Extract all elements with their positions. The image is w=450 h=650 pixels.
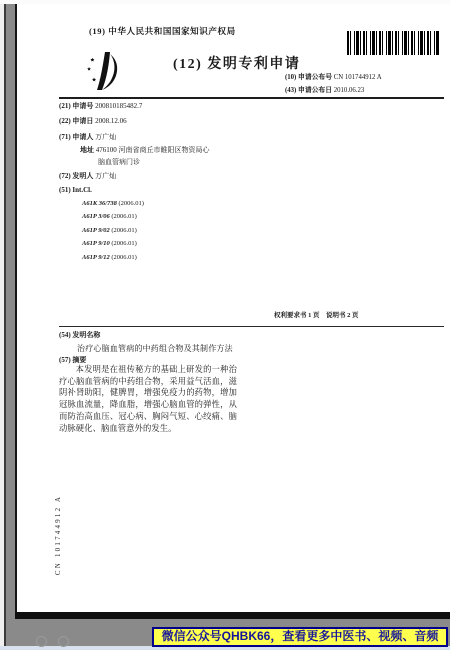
classification-code: A61P 3/06 xyxy=(82,213,110,220)
classification-version: (2006.01) xyxy=(118,200,143,207)
classification-item: A61P 9/12 (2006.01) xyxy=(82,254,137,261)
intcl-row: (51) Int.Cl. xyxy=(59,186,92,194)
abstract-text: 本发明是在祖传秘方的基础上研发的一种治疗心脑血管病的中药组合物，采用益气活血，滋… xyxy=(59,364,237,434)
applicant-address-line1: 地址 476100 河南省商丘市睢阳区物资局心 xyxy=(80,145,210,155)
classification-item: A61P 3/06 (2006.01) xyxy=(82,213,137,220)
viewer-left-divider xyxy=(4,4,6,650)
classification-item: A61P 9/10 (2006.01) xyxy=(82,240,137,247)
invention-title: 治疗心脑血管病的中药组合物及其制作方法 xyxy=(77,343,233,354)
viewer-button-ring-icon[interactable] xyxy=(36,636,47,647)
address-value-line1: 476100 河南省商丘市睢阳区物资局心 xyxy=(96,146,210,154)
sipo-logo-icon xyxy=(83,50,123,94)
issuing-office-line: (19) 中华人民共和国国家知识产权局 xyxy=(89,25,236,37)
invention-title-label: (54) 发明名称 xyxy=(59,330,100,340)
classification-item: A61K 36/738 (2006.01) xyxy=(82,200,144,207)
publication-date-value: 2010.06.23 xyxy=(334,87,365,94)
classification-item: A61P 9/02 (2006.01) xyxy=(82,227,137,234)
application-date-value: 2008.12.06 xyxy=(95,117,127,125)
wechat-promo-banner: 微信公众号QHBK66，查看更多中医书、视频、音频 xyxy=(152,627,448,647)
application-number-value: 200810185482.7 xyxy=(95,102,142,110)
inventor-value: 万广灿 xyxy=(95,172,116,180)
pages-count-info: 权利要求书 1 页 说明书 2 页 xyxy=(274,310,359,319)
classification-version: (2006.01) xyxy=(111,213,136,220)
patent-front-page: (19) 中华人民共和国国家知识产权局 (12) 发明专利申请 (10) 申请公… xyxy=(15,4,450,612)
intcl-label: (51) Int.Cl. xyxy=(59,186,92,194)
address-value-line2: 脑血管病门诊 xyxy=(98,158,140,166)
viewer-button-ring-icon[interactable] xyxy=(58,636,69,647)
publication-number-label: (10) 申请公布号 xyxy=(285,74,332,81)
page-bottom-shadow xyxy=(15,612,450,619)
side-publication-number: CN 101744912 A xyxy=(54,487,66,583)
inventor-label: (72) 发明人 xyxy=(59,172,93,180)
application-date-row: (22) 申请日 2008.12.06 xyxy=(59,116,127,126)
applicant-address-line2: 脑血管病门诊 xyxy=(98,157,140,167)
classification-code: A61P 9/10 xyxy=(82,240,110,247)
application-date-label: (22) 申请日 xyxy=(59,117,93,125)
document-type-title: (12) 发明专利申请 xyxy=(173,53,300,73)
classification-code: A61P 9/12 xyxy=(82,254,110,261)
classification-version: (2006.01) xyxy=(111,240,136,247)
classification-version: (2006.01) xyxy=(111,227,136,234)
publication-block: (10) 申请公布号 CN 101744912 A (43) 申请公布日 201… xyxy=(285,72,382,97)
publication-date-line: (43) 申请公布日 2010.06.23 xyxy=(285,85,382,98)
inventor-row: (72) 发明人 万广灿 xyxy=(59,171,116,181)
section-divider xyxy=(59,326,444,327)
applicant-label: (71) 申请人 xyxy=(59,133,93,141)
address-label: 地址 xyxy=(80,146,94,154)
barcode xyxy=(347,31,440,55)
applicant-value: 万广灿 xyxy=(95,133,116,141)
header-divider xyxy=(59,97,444,99)
classification-version: (2006.01) xyxy=(111,254,136,261)
application-number-label: (21) 申请号 xyxy=(59,102,93,110)
publication-date-label: (43) 申请公布日 xyxy=(285,87,332,94)
classification-code: A61P 9/02 xyxy=(82,227,110,234)
applicant-row: (71) 申请人 万广灿 xyxy=(59,132,116,142)
classification-code: A61K 36/738 xyxy=(82,200,117,207)
publication-number-value: CN 101744912 A xyxy=(334,74,382,81)
publication-number-line: (10) 申请公布号 CN 101744912 A xyxy=(285,72,382,85)
application-number-row: (21) 申请号 200810185482.7 xyxy=(59,101,142,111)
